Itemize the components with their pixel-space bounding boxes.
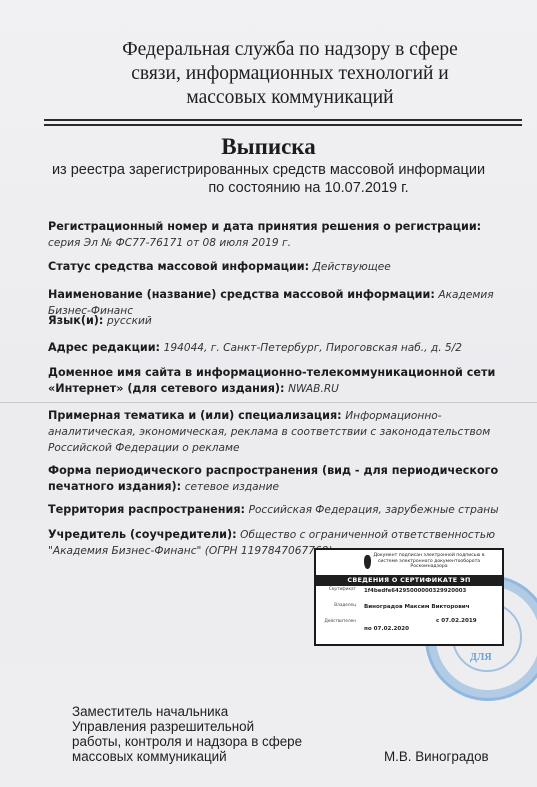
paper-fold [0, 402, 537, 403]
cert-valid-from: с 07.02.2019 [436, 618, 477, 624]
field-language: Язык(и): русский [48, 313, 512, 329]
agency-line-1: Федеральная служба по надзору в сфере [90, 38, 490, 62]
field-topics: Примерная тематика и (или) специализация… [48, 408, 512, 456]
cert-valid-to: по 07.02.2020 [364, 626, 409, 632]
agency-header: Федеральная служба по надзору в сфере св… [90, 38, 490, 110]
field-distribution-form: Форма периодического распространения (ви… [48, 463, 512, 495]
cert-heading: СВЕДЕНИЯ О СЕРТИФИКАТЕ ЭП [316, 575, 502, 586]
field-address: Адрес редакции: 194044, г. Санкт-Петербу… [48, 340, 512, 356]
signer-position: Заместитель начальника Управления разреш… [72, 704, 302, 764]
field-status: Статус средства массовой информации: Дей… [48, 259, 512, 275]
cert-valid-label: Действителен [320, 618, 356, 623]
cert-serial-label: Сертификат [320, 586, 356, 591]
document-subtitle: из реестра зарегистрированных средств ма… [0, 162, 537, 178]
seal-text: ДЛЯ [470, 652, 492, 663]
field-domain: Доменное имя сайта в информационно-телек… [48, 365, 512, 397]
cert-serial: 1f4bedfe64295000000329920003 [364, 588, 494, 594]
signer-name: М.В. Виноградов [384, 749, 489, 764]
document-date: по состоянию на 10.07.2019 г. [40, 180, 537, 196]
agency-line-2: связи, информационных технологий и [90, 62, 490, 86]
cert-owner-label: Владелец [320, 602, 356, 607]
agency-line-3: массовых коммуникаций [90, 86, 490, 110]
document-title: Выписка [0, 134, 537, 160]
field-registration: Регистрационный номер и дата принятия ре… [48, 219, 512, 251]
header-divider-top [44, 119, 522, 121]
header-divider-bottom [44, 124, 522, 126]
field-territory: Территория распространения: Российская Ф… [48, 502, 512, 518]
document-page: Федеральная служба по надзору в сфере св… [0, 0, 537, 787]
cert-owner: Виноградов Максим Викторович [364, 604, 494, 610]
e-signature-certificate: Документ подписан электронной подписью в… [314, 548, 504, 646]
cert-notice: Документ подписан электронной подписью в… [364, 553, 494, 570]
